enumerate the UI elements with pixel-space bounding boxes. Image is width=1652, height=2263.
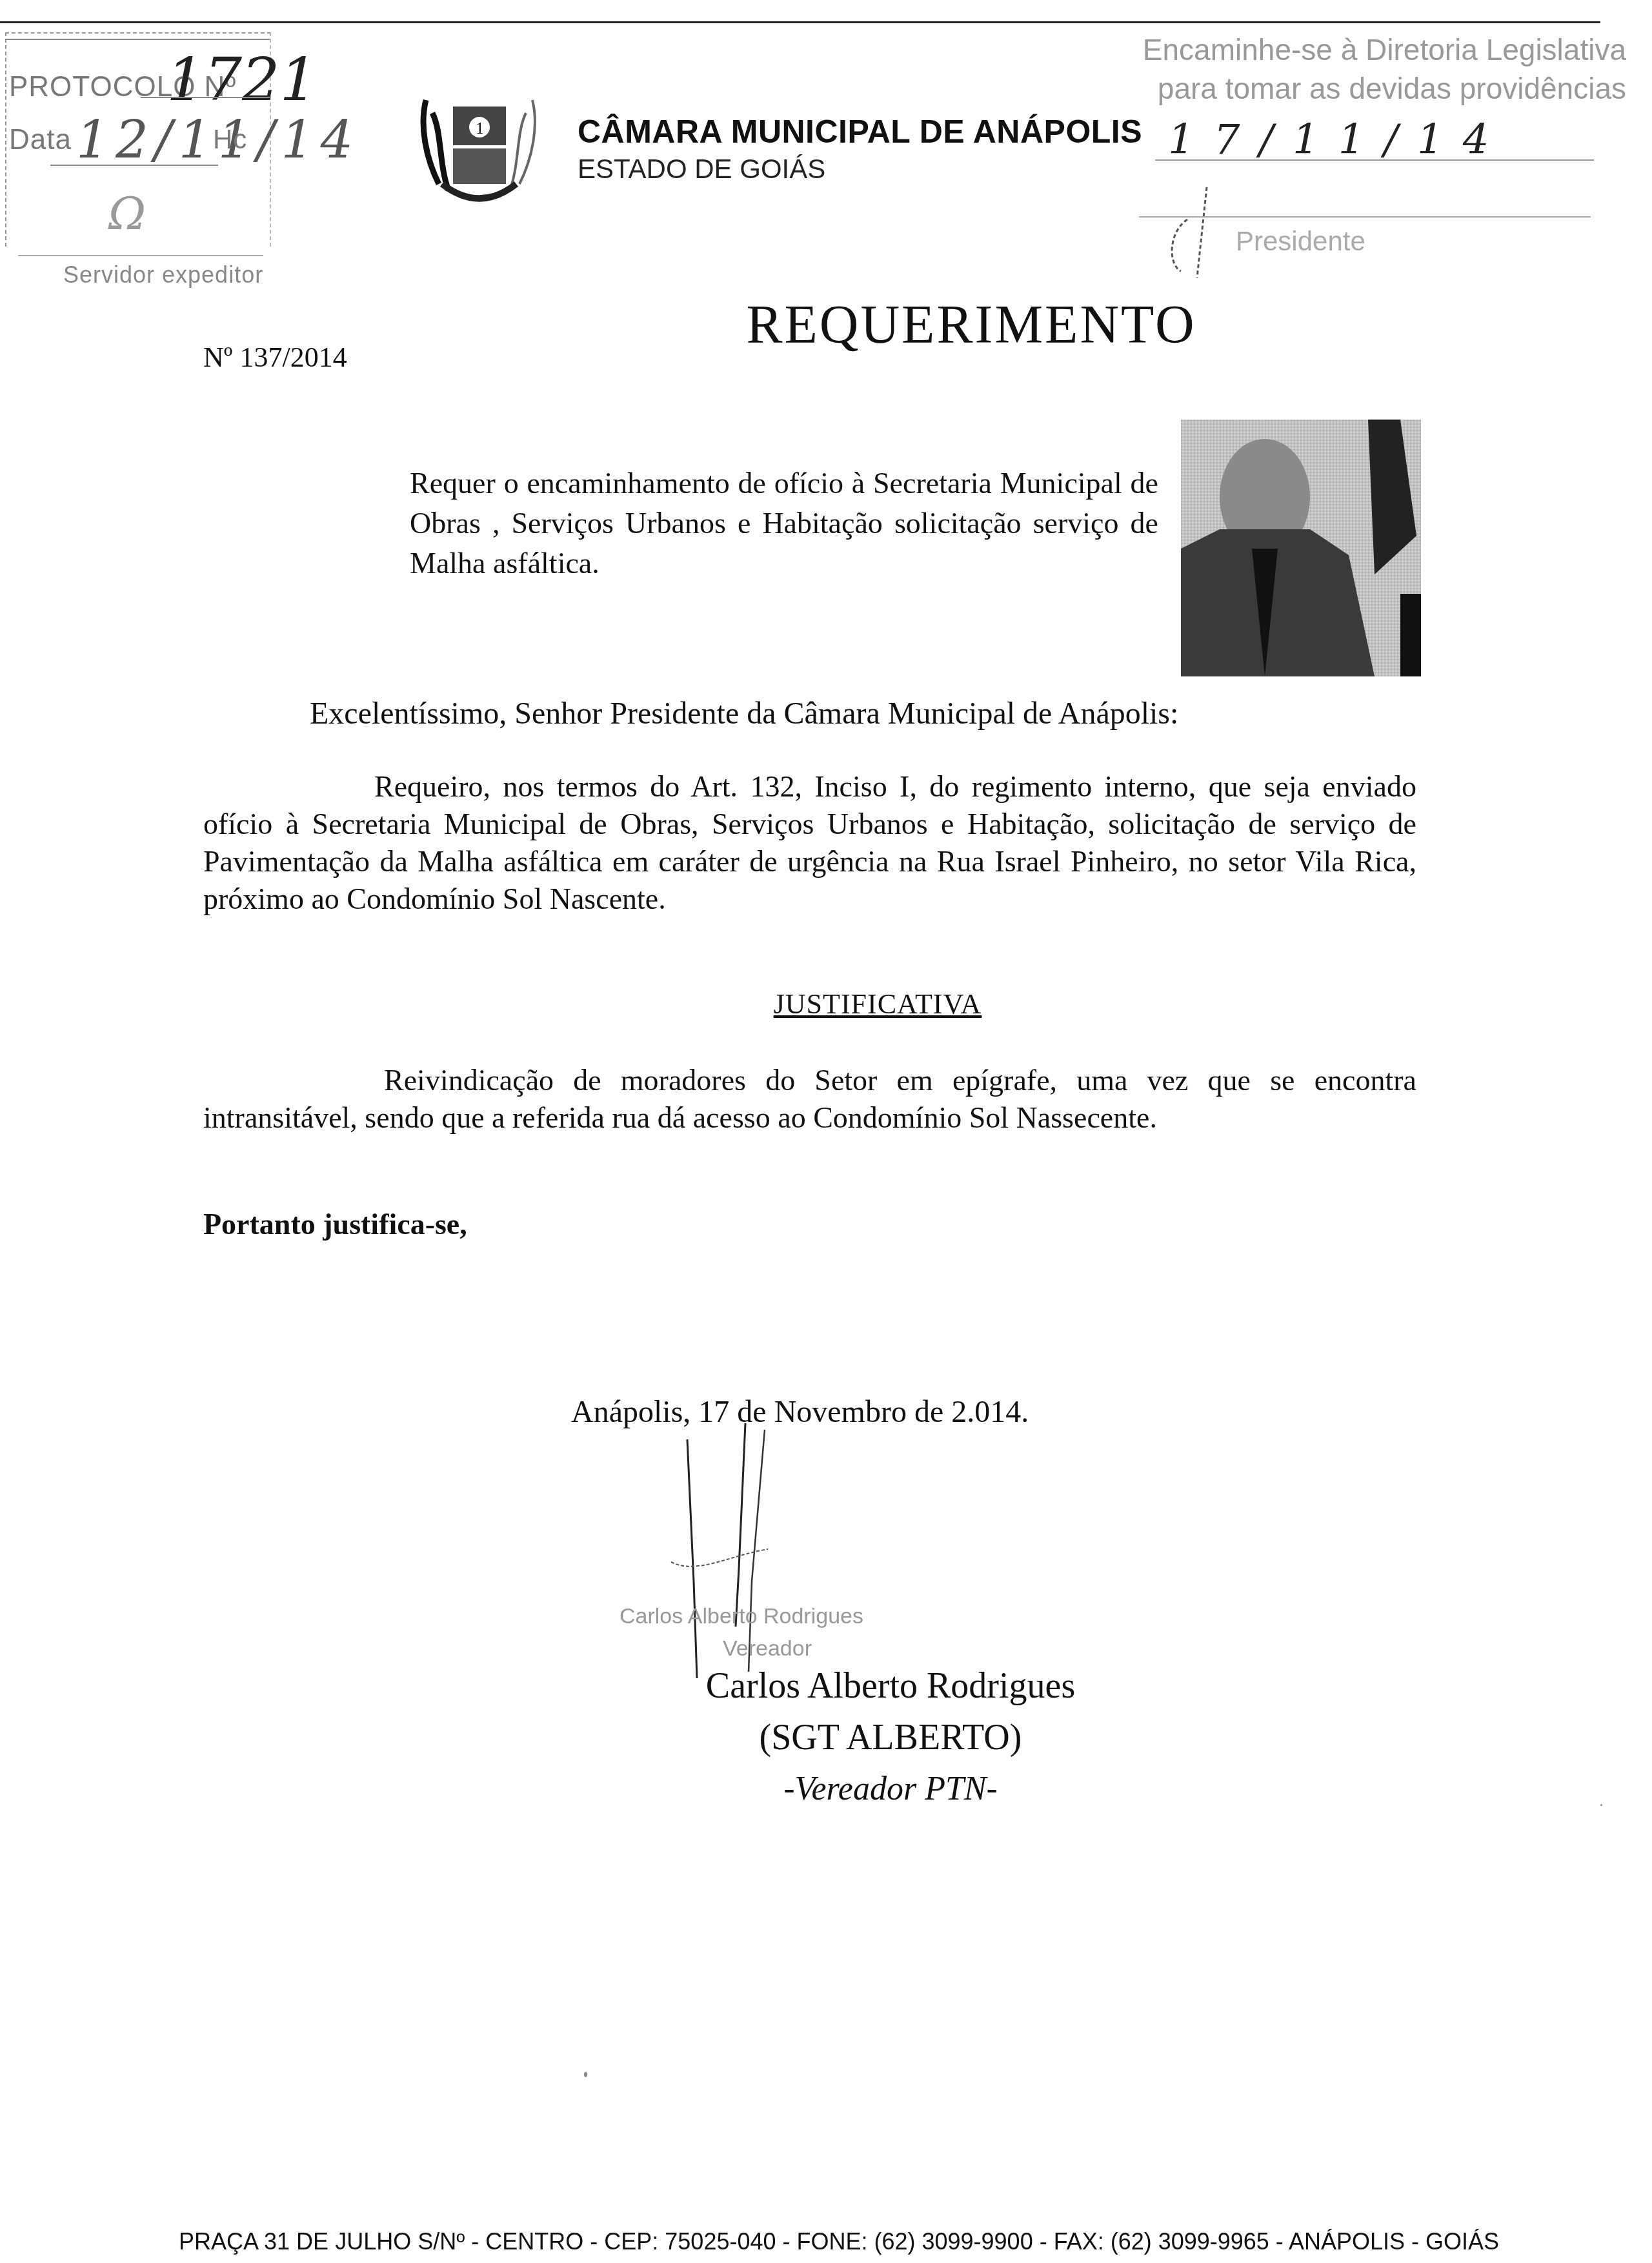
- protocol-number-line: [141, 97, 270, 98]
- president-signature-icon: [1162, 181, 1239, 284]
- servidor-line: [18, 255, 263, 256]
- president-label: Presidente: [1236, 226, 1365, 257]
- crest-icon: 1: [413, 87, 549, 210]
- institution-state: ESTADO DE GOIÁS: [578, 154, 825, 185]
- document-summary: Requer o encaminhamento de ofício à Secr…: [410, 463, 1158, 584]
- portrait-image-icon: [1181, 420, 1421, 676]
- servidor-label: Servidor expeditor: [63, 261, 263, 289]
- signer-nickname: (SGT ALBERTO): [0, 1717, 1652, 1758]
- footer-address: PRAÇA 31 DE JULHO S/Nº - CENTRO - CEP: 7…: [0, 2228, 1652, 2255]
- justification-title: JUSTIFICATIVA: [0, 988, 1652, 1020]
- svg-text:1: 1: [476, 119, 484, 137]
- protocol-stamp: PROTOCOLO Nº 1721 Data 12/11/14 Hc Ω Ser…: [5, 32, 270, 252]
- dispatch-line-2: para tomar as devidas providências: [1158, 71, 1626, 106]
- hour-label: Hc: [213, 124, 247, 155]
- salutation: Excelentíssimo, Senhor Presidente da Câm…: [310, 696, 1178, 731]
- scan-speck: [584, 2072, 587, 2077]
- protocol-number: 1721: [166, 45, 317, 114]
- justification-body: Reivindicação de moradores do Setor em e…: [203, 1062, 1416, 1137]
- dispatch-stamp: Encaminhe-se à Diretoria Legislativa par…: [1123, 19, 1626, 265]
- dispatch-date-line: [1155, 159, 1594, 161]
- signature-stamp-role: Vereador: [723, 1636, 812, 1661]
- dispatch-line-1: Encaminhe-se à Diretoria Legislativa: [1143, 32, 1626, 67]
- handwritten-signature: Carlos Alberto Rodrigues Vereador: [619, 1420, 981, 1698]
- dispatch-date: 17/11/14: [1168, 116, 1508, 164]
- scan-speck: [1600, 1804, 1602, 1806]
- date-label: Data: [9, 124, 72, 156]
- document-number: Nº 137/2014: [203, 341, 347, 374]
- servidor-initials: Ω: [108, 187, 146, 240]
- closing-phrase: Portanto justifica-se,: [203, 1207, 467, 1241]
- coat-of-arms-logo: 1: [413, 87, 549, 210]
- president-signature-line: [1139, 216, 1591, 218]
- signer-role: -Vereador PTN-: [0, 1770, 1652, 1808]
- date-underline: [50, 165, 218, 166]
- councilor-photo: [1181, 420, 1421, 676]
- stamp-top-line: [5, 39, 270, 40]
- request-body: Requeiro, nos termos do Art. 132, Inciso…: [203, 768, 1416, 918]
- institution-name: CÂMARA MUNICIPAL DE ANÁPOLIS: [578, 113, 1142, 150]
- signer-name: Carlos Alberto Rodrigues: [0, 1665, 1652, 1707]
- signature-stamp-name: Carlos Alberto Rodrigues: [619, 1604, 863, 1629]
